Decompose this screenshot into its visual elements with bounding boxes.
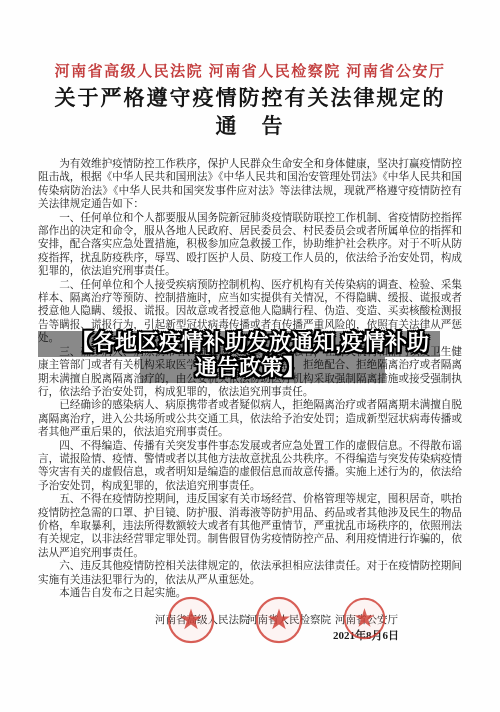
paragraph-effective-date: 本通告自发布之日起实施。 (38, 587, 462, 600)
watermark-caption-line2: 通告政策】 (0, 355, 500, 380)
document-title: 关于严格遵守疫情防控有关法律规定的 通 告 (0, 84, 500, 140)
paragraph-article-5: 五、不得在疫情防控期间，违反国家有关市场经营、价格管理等规定，囤积居奇，哄抬疫情… (38, 493, 462, 560)
issuing-agencies-header: 河南省高级人民法院 河南省人民检察院 河南省公安厅 (0, 60, 500, 81)
official-seal-icon (343, 597, 386, 640)
paragraph-article-3-cont: 已经确诊的感染病人、病原携带者或者疑似病人，拒绝隔离治疗或者隔离期未满擅自脱离隔… (38, 399, 462, 439)
paragraph-article-6: 六、违反其他疫情防控相关法律规定的，依法承担相应法律责任。对于在疫情防控期间实施… (38, 560, 462, 587)
paragraph-preamble: 为有效维护疫情防控工作秩序，保护人民群众生命安全和身体健康，坚决打赢疫情防控阻击… (38, 158, 462, 212)
document-title-line2: 通 告 (0, 112, 500, 140)
official-seal-icon (255, 596, 303, 644)
document-title-line1: 关于严格遵守疫情防控有关法律规定的 (0, 84, 500, 112)
official-seal-icon (167, 596, 215, 644)
paragraph-article-4: 四、不得编造、传播有关突发事件事态发展或者应急处置工作的虚假信息。不得散布谣言，… (38, 440, 462, 494)
paragraph-article-1: 一、任何单位和个人都要服从国务院新冠肺炎疫情联防联控工作机制、省疫情防控指挥部作… (38, 212, 462, 279)
notice-document: 河南省高级人民法院 河南省人民检察院 河南省公安厅 关于严格遵守疫情防控有关法律… (0, 0, 500, 712)
watermark-caption-line1: 【各地区疫情补助发放通知,疫情补助 (0, 330, 500, 355)
watermark-caption: 【各地区疫情补助发放通知,疫情补助 通告政策】 (0, 330, 500, 380)
